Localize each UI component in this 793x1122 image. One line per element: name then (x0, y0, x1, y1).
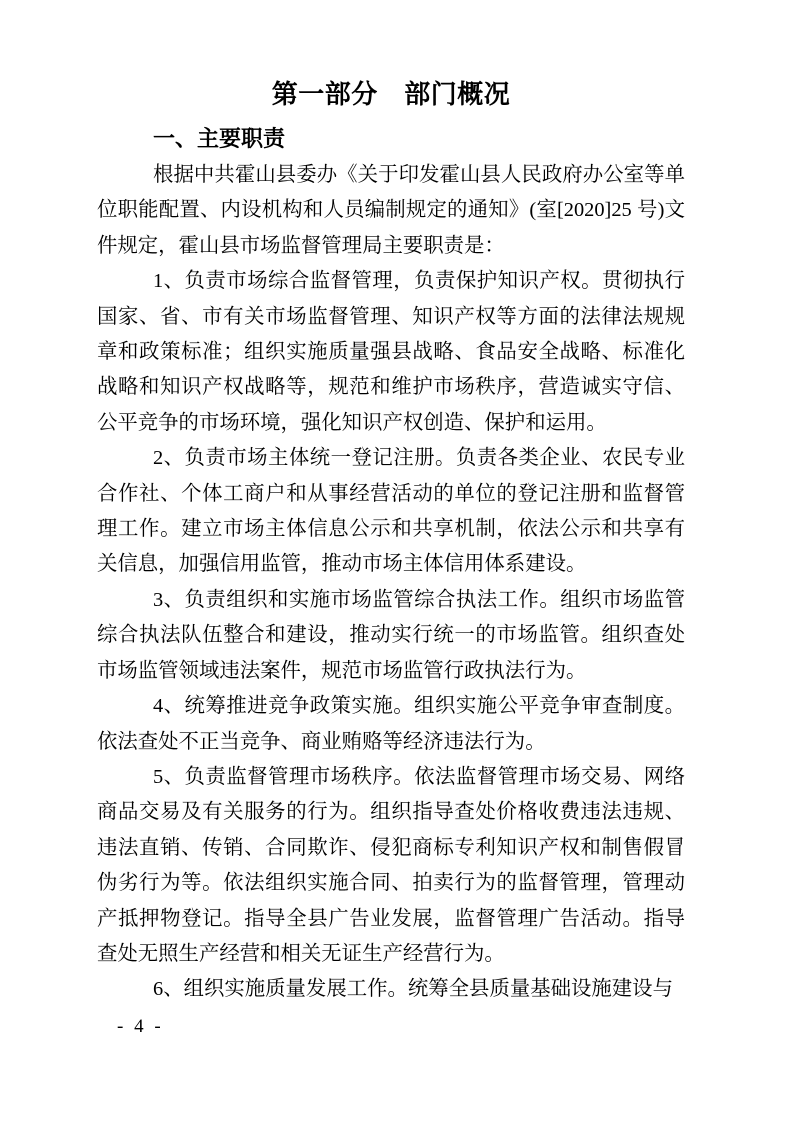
body-text: 根据中共霍山县委办《关于印发霍山县人民政府办公室等单位职能配置、内设机构和人员编… (97, 158, 685, 1008)
section-heading-main-duties: 一、主要职责 (153, 124, 685, 154)
paragraph-duty-5: 5、负责监督管理市场秩序。依法监督管理市场交易、网络商品交易及有关服务的行为。组… (97, 760, 685, 972)
paragraph-duty-6: 6、组织实施质量发展工作。统筹全县质量基础设施建设与 (97, 972, 685, 1007)
page-number: - 4 - (117, 1014, 164, 1040)
paragraph-duty-3: 3、负责组织和实施市场监管综合执法工作。组织市场监管综合执法队伍整合和建设，推动… (97, 583, 685, 689)
document-page: 第一部分 部门概况 一、主要职责 根据中共霍山县委办《关于印发霍山县人民政府办公… (0, 0, 793, 1122)
document-content: 第一部分 部门概况 一、主要职责 根据中共霍山县委办《关于印发霍山县人民政府办公… (97, 76, 685, 1008)
paragraph-duty-2: 2、负责市场主体统一登记注册。负责各类企业、农民专业合作社、个体工商户和从事经营… (97, 441, 685, 583)
paragraph-duty-1: 1、负责市场综合监督管理，负责保护知识产权。贯彻执行国家、省、市有关市场监督管理… (97, 264, 685, 441)
document-title: 第一部分 部门概况 (97, 76, 685, 112)
paragraph-duty-4: 4、统筹推进竞争政策实施。组织实施公平竞争审查制度。依法查处不正当竞争、商业贿赂… (97, 689, 685, 760)
paragraph-intro: 根据中共霍山县委办《关于印发霍山县人民政府办公室等单位职能配置、内设机构和人员编… (97, 158, 685, 264)
